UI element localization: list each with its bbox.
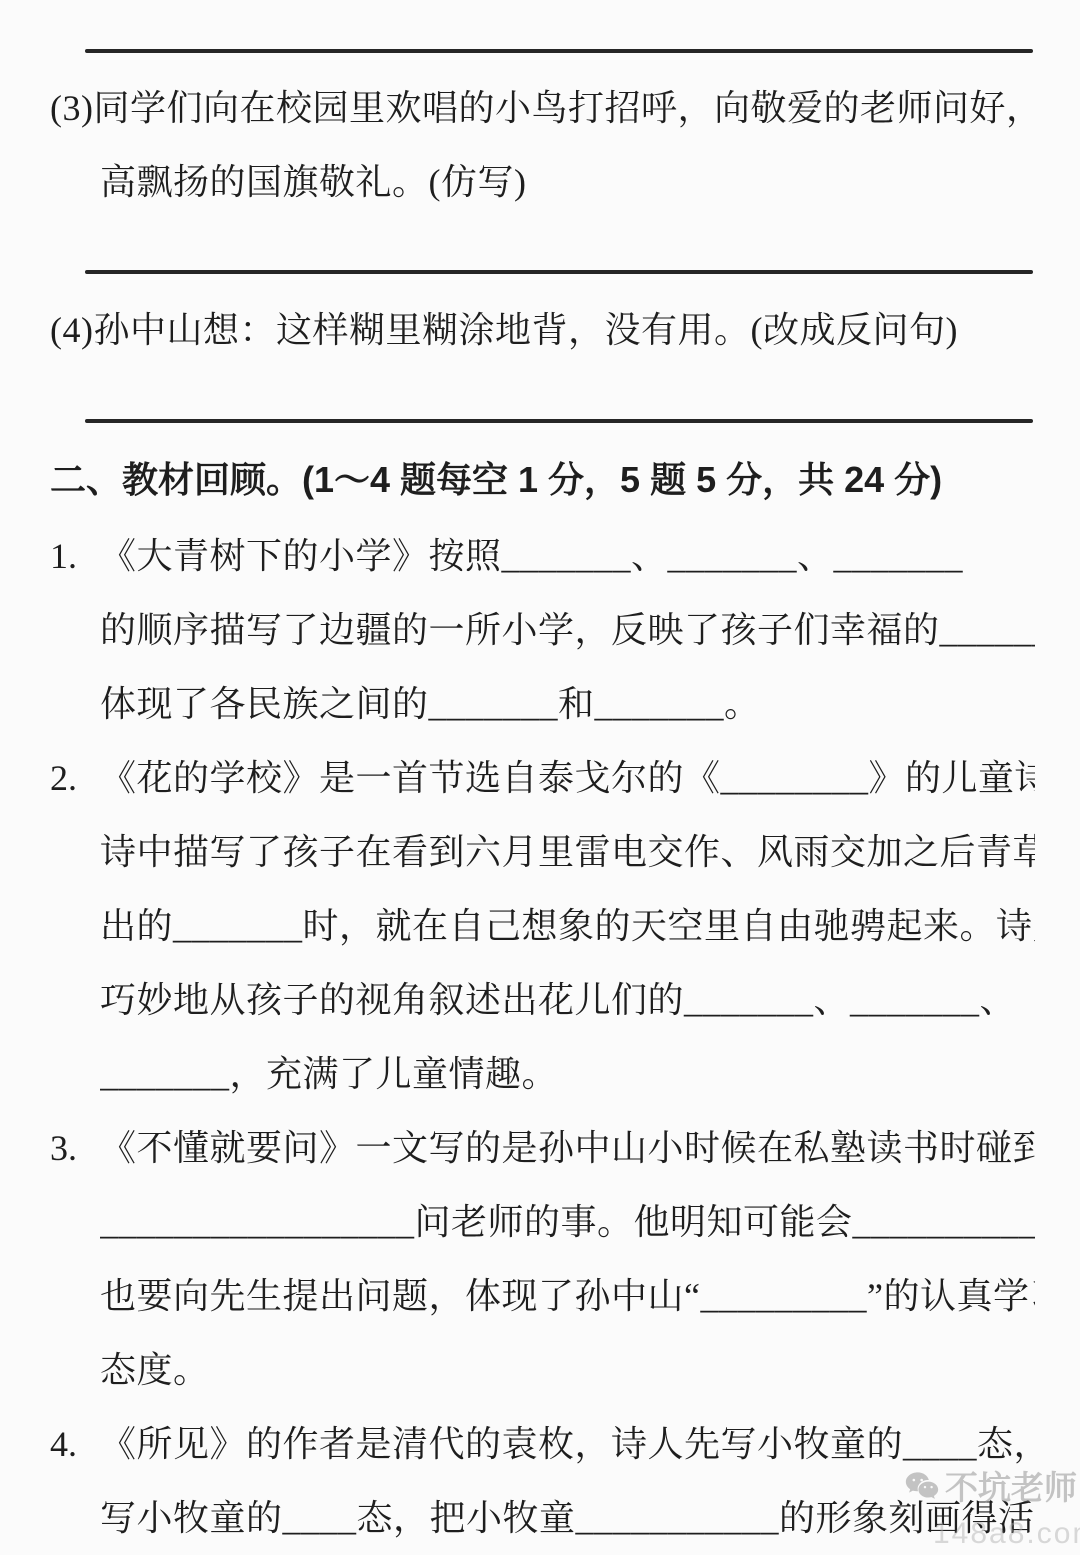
question-2-line-3: 出的_______时，就在自己想象的天空里自由驰骋起来。诗人 xyxy=(100,889,1035,963)
question-3-line-3: 也要向先生提出问题，体现了孙中山“_________”的认真学习 xyxy=(100,1259,1035,1333)
section-heading: 二、教材回顾。(1～4 题每空 1 分，5 题 5 分，共 24 分) xyxy=(50,443,1035,517)
sentence-item-4: (4)孙中山想：这样糊里糊涂地背，没有用。(改成反问句) xyxy=(45,293,1035,367)
question-2-line-1: 《花的学校》是一首节选自泰戈尔的《________》的儿童诗。 xyxy=(100,741,1035,815)
question-3: 3. 《不懂就要问》一文写的是孙中山小时候在私塾读书时碰到 __________… xyxy=(45,1111,1035,1407)
sentence-item-3-line-1: (3)同学们向在校园里欢唱的小鸟打招呼，向敬爱的老师问好，向高 xyxy=(50,71,1035,145)
divider-line-top xyxy=(85,49,1033,53)
question-2-line-5: _______，充满了儿童情趣。 xyxy=(100,1037,1035,1111)
question-3-line-4: 态度。 xyxy=(100,1333,1035,1407)
divider-line-bottom xyxy=(85,419,1033,423)
sentence-item-3: (3)同学们向在校园里欢唱的小鸟打招呼，向敬爱的老师问好，向高 高飘扬的国旗敬礼… xyxy=(45,71,1035,219)
question-2-number: 2. xyxy=(50,741,77,815)
exam-page: (3)同学们向在校园里欢唱的小鸟打招呼，向敬爱的老师问好，向高 高飘扬的国旗敬礼… xyxy=(0,0,1080,1555)
sentence-item-4-line-1: (4)孙中山想：这样糊里糊涂地背，没有用。(改成反问句) xyxy=(50,293,1035,367)
question-4-line-2: 写小牧童的____态，把小牧童___________的形象刻画得活灵 xyxy=(100,1481,1035,1555)
question-2-line-2: 诗中描写了孩子在看到六月里雷电交作、风雨交加之后青草地冒 xyxy=(100,815,1035,889)
divider-line-middle xyxy=(85,270,1033,274)
question-1-line-3: 体现了各民族之间的_______和_______。 xyxy=(100,667,1035,741)
question-1-line-1: 《大青树下的小学》按照_______、_______、_______ xyxy=(100,519,1035,593)
sentence-item-3-line-2: 高飘扬的国旗敬礼。(仿写) xyxy=(100,145,1035,219)
question-3-number: 3. xyxy=(50,1111,77,1185)
question-2-line-4: 巧妙地从孩子的视角叙述出花儿们的_______、_______、 xyxy=(100,963,1035,1037)
question-1-line-2: 的顺序描写了边疆的一所小学，反映了孩子们幸福的_______， xyxy=(100,593,1035,667)
question-4-line-1: 《所见》的作者是清代的袁枚，诗人先写小牧童的____态，后 xyxy=(100,1407,1035,1481)
question-3-line-2: _________________问老师的事。他明知可能会___________… xyxy=(100,1185,1035,1259)
question-2: 2. 《花的学校》是一首节选自泰戈尔的《________》的儿童诗。 诗中描写了… xyxy=(45,741,1035,1111)
question-4-number: 4. xyxy=(50,1407,77,1481)
question-3-line-1: 《不懂就要问》一文写的是孙中山小时候在私塾读书时碰到 xyxy=(100,1111,1035,1185)
question-1-number: 1. xyxy=(50,519,77,593)
question-4: 4. 《所见》的作者是清代的袁枚，诗人先写小牧童的____态，后 写小牧童的__… xyxy=(45,1407,1035,1555)
question-1: 1. 《大青树下的小学》按照_______、_______、_______ 的顺… xyxy=(45,519,1035,741)
